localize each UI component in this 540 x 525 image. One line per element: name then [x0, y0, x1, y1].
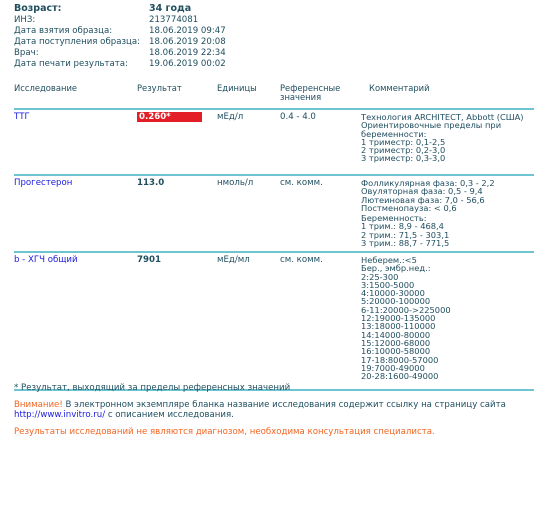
comment: Технология ARCHITECT, Abbott (США) Ориен…	[361, 113, 524, 163]
field-value: 213774081	[149, 15, 198, 26]
age-value: 34 года	[149, 3, 191, 15]
doctor-row: Врач: 18.06.2019 22:34	[14, 48, 226, 59]
reference-values: 0.4 - 4.0	[280, 113, 316, 122]
attention-text: В электронном экземпляре бланка название…	[63, 400, 506, 410]
header-reference-line2: значения	[280, 93, 340, 102]
notes: * Результат, выходящий за пределы рефере…	[14, 383, 534, 444]
sample-date-row: Дата взятия образца: 18.06.2019 09:47	[14, 26, 226, 37]
result-value: 113.0	[137, 179, 164, 188]
field-label: Дата печати результата:	[14, 59, 149, 70]
table-row: b - ХГЧ общий 7901 мЕд/мл см. комм. Небе…	[14, 253, 534, 391]
field-value: 18.06.2019 22:34	[149, 48, 226, 59]
print-date-row: Дата печати результата: 19.06.2019 00:02	[14, 59, 226, 70]
comment: Неберем.:<5 Бер., эмбр.нед.: 2:25-300 3:…	[361, 256, 451, 380]
header-test: Исследование	[14, 84, 77, 93]
patient-info: Возраст: 34 года ИНЗ: 213774081 Дата взя…	[14, 3, 226, 70]
field-label: Врач:	[14, 48, 149, 59]
table-row: Прогестерон 113.0 нмоль/л см. комм. Фолл…	[14, 176, 534, 253]
results-table: Исследование Результат Единицы Референсн…	[14, 84, 534, 391]
test-name-link[interactable]: ТТГ	[14, 112, 30, 122]
units: мЕд/л	[217, 113, 243, 122]
age-label: Возраст:	[14, 3, 149, 15]
reference-values: см. комм.	[280, 256, 323, 265]
field-value: 18.06.2019 09:47	[149, 26, 226, 37]
age-row: Возраст: 34 года	[14, 3, 226, 15]
units: мЕд/мл	[217, 256, 250, 265]
test-name-link[interactable]: b - ХГЧ общий	[14, 255, 78, 265]
field-label: ИНЗ:	[14, 15, 149, 26]
reference-values: см. комм.	[280, 179, 323, 188]
comment-line: Постменопауза: < 0,6	[361, 204, 495, 212]
comment: Фолликулярная фаза: 0,3 - 2,2 Овуляторна…	[361, 179, 495, 247]
link-suffix: с описанием исследования.	[105, 410, 234, 420]
comment-line: 3 трим.: 88,7 - 771,5	[361, 239, 495, 247]
field-value: 18.06.2019 20:08	[149, 37, 226, 48]
header-comment: Комментарий	[369, 84, 430, 93]
attention-note: Внимание! В электронном экземпляре бланк…	[14, 400, 534, 420]
header-reference: Референсные значения	[280, 84, 340, 102]
field-label: Дата взятия образца:	[14, 26, 149, 37]
field-value: 19.06.2019 00:02	[149, 59, 226, 70]
attention-label: Внимание!	[14, 400, 63, 410]
comment-line: 3 триместр: 0,3-3,0	[361, 154, 524, 162]
inz-row: ИНЗ: 213774081	[14, 15, 226, 26]
result-value: 7901	[137, 256, 161, 265]
header-units: Единицы	[217, 84, 257, 93]
header-result: Результат	[137, 84, 182, 93]
field-label: Дата поступления образца:	[14, 37, 149, 48]
table-header: Исследование Результат Единицы Референсн…	[14, 84, 534, 110]
invitro-link[interactable]: http://www.invitro.ru/	[14, 410, 105, 420]
disclaimer: Результаты исследований не являются диаг…	[14, 427, 534, 437]
result-value-abnormal: 0.260*	[137, 112, 202, 122]
receipt-date-row: Дата поступления образца: 18.06.2019 20:…	[14, 37, 226, 48]
test-name-link[interactable]: Прогестерон	[14, 178, 72, 188]
units: нмоль/л	[217, 179, 253, 188]
table-row: ТТГ 0.260* мЕд/л 0.4 - 4.0 Технология AR…	[14, 110, 534, 176]
comment-line: 20-28:1600-49000	[361, 372, 451, 380]
footnote: * Результат, выходящий за пределы рефере…	[14, 383, 534, 393]
